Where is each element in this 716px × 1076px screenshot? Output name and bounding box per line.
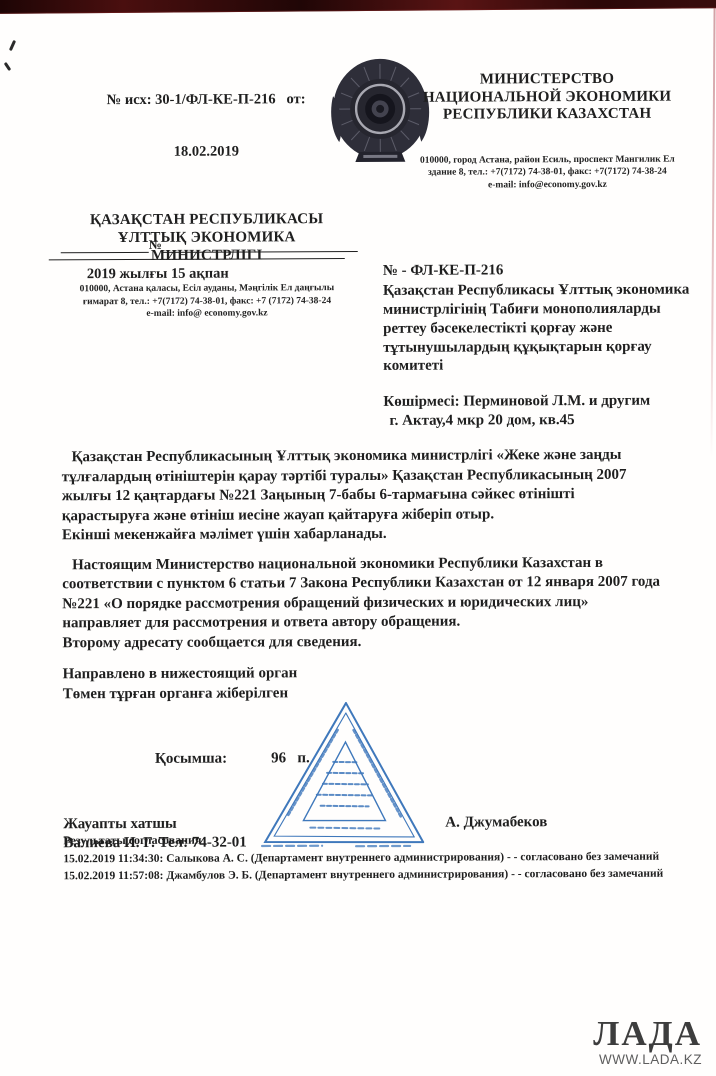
blank-rule <box>61 238 149 253</box>
approval-title: Результаты согласования <box>63 830 697 850</box>
blank-rule <box>162 237 358 253</box>
copy-address: г. Актау,4 мкр 20 дом, кв.45 <box>383 411 705 431</box>
recipient-block: № - ФЛ-КЕ-П-216 Қазақстан Республикасы Ұ… <box>383 260 706 431</box>
copy-line: Көшірмесі: Перминовой Л.М. и другим <box>383 392 705 412</box>
ministry-ru-line: РЕСПУБЛИКИ КАЗАХСТАН <box>388 106 706 125</box>
attachment-label: Қосымша: <box>155 750 227 766</box>
ministry-name-ru: МИНИСТЕРСТВО НАЦИОНАЛЬНОЙ ЭКОНОМИКИ РЕСП… <box>388 70 706 124</box>
letter-date: 2019 жылғы 15 ақпан <box>87 266 229 284</box>
number-label: № <box>149 237 162 253</box>
ministry-kz-line: ҚАЗАҚСТАН РЕСПУБЛИКАСЫ <box>51 211 363 230</box>
ministry-ru-line: МИНИСТЕРСТВО <box>388 70 706 89</box>
address-kz-line: e-mail: info@ economy.gov.kz <box>51 307 363 321</box>
outgoing-ref-number: № исх: 30-1/ФЛ-КЕ-П-216 от: 18.02.2019 <box>50 56 363 196</box>
ref-line1: № исх: 30-1/ФЛ-КЕ-П-216 от: <box>50 91 362 110</box>
address-kz: 010000, Астана қаласы, Есіл ауданы, Мәңг… <box>51 282 363 320</box>
letter-sheet: № исх: 30-1/ФЛ-КЕ-П-216 от: 18.02.2019 Қ… <box>0 0 716 1076</box>
scanned-letter-page: № исх: 30-1/ФЛ-КЕ-П-216 от: 18.02.2019 Қ… <box>0 0 716 1076</box>
lada-logo: ЛАДА <box>593 1016 702 1051</box>
approval-entry: 15.02.2019 11:57:08: Джамбулов Э. Б. (Де… <box>63 866 697 885</box>
note-kz: Екінші мекенжайға мәлімет үшін хабарлана… <box>62 524 662 546</box>
address-ru-line: здание 8, тел.: +7(7172) 74-38-01, факс:… <box>388 166 706 180</box>
electronic-signature-triangle-stamp <box>260 699 430 851</box>
routing-block: Направлено в нижестоящий орган Төмен тұр… <box>63 663 663 705</box>
recipient-addressee: Қазақстан Республикасы Ұлттық экономика … <box>383 280 705 376</box>
lada-url: WWW.LADA.KZ <box>593 1052 702 1067</box>
address-kz-line: ғимарат 8, тел.: +7(7172) 74-38-01, факс… <box>51 295 363 309</box>
address-ru-line: e-mail: info@economy.gov.kz <box>388 178 706 192</box>
header-right-block: МИНИСТЕРСТВО НАЦИОНАЛЬНОЙ ЭКОНОМИКИ РЕСП… <box>388 70 707 191</box>
ministry-ru-line: НАЦИОНАЛЬНОЙ ЭКОНОМИКИ <box>388 88 706 107</box>
outgoing-number-line: № <box>61 236 361 253</box>
paragraph-ru: Настоящим Министерство национальной экон… <box>62 553 662 634</box>
ref-line2: 18.02.2019 <box>50 143 362 162</box>
note-ru: Второму адресату сообщается для сведения… <box>62 631 662 653</box>
approval-results: Результаты согласования 15.02.2019 11:34… <box>63 830 697 886</box>
paragraph-kz: Қазақстан Республикасының Ұлттық экономи… <box>62 446 662 527</box>
copy-to-block: Көшірмесі: Перминовой Л.М. и другим г. А… <box>383 392 705 431</box>
recipient-ref-number: № - ФЛ-КЕ-П-216 <box>383 260 705 280</box>
routing-line-ru: Направлено в нижестоящий орган <box>63 663 663 685</box>
address-ru: 010000, город Астана, район Есиль, просп… <box>388 154 706 192</box>
lada-watermark: ЛАДА WWW.LADA.KZ <box>593 1016 702 1067</box>
address-kz-line: 010000, Астана қаласы, Есіл ауданы, Мәңг… <box>51 282 363 296</box>
